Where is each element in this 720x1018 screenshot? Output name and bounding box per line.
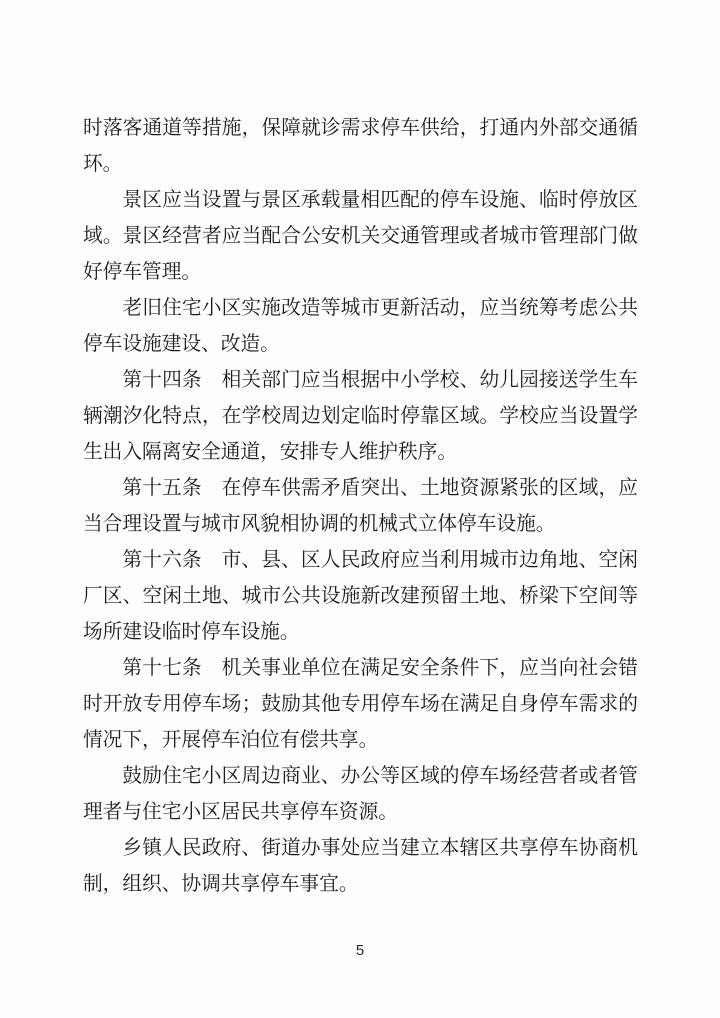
text-line: 第十七条 机关事业单位在满足安全条件下，应当向社会错 bbox=[83, 650, 638, 686]
text-line: 乡镇人民政府、街道办事处应当建立本辖区共享停车协商机 bbox=[83, 830, 638, 866]
text-line: 景区应当设置与景区承载量相匹配的停车设施、临时停放区 bbox=[83, 182, 638, 218]
paragraph: 乡镇人民政府、街道办事处应当建立本辖区共享停车协商机制，组织、协调共享停车事宜。 bbox=[83, 830, 638, 902]
paragraph: 第十六条 市、县、区人民政府应当利用城市边角地、空闲厂区、空闲土地、城市公共设施… bbox=[83, 542, 638, 650]
text-line: 场所建设临时停车设施。 bbox=[83, 614, 638, 650]
page-number: 5 bbox=[0, 942, 720, 960]
document-text-block: 时落客通道等措施，保障就诊需求停车供给，打通内外部交通循环。景区应当设置与景区承… bbox=[83, 110, 638, 902]
text-line: 老旧住宅小区实施改造等城市更新活动，应当统筹考虑公共 bbox=[83, 290, 638, 326]
paragraph: 鼓励住宅小区周边商业、办公等区域的停车场经营者或者管理者与住宅小区居民共享停车资… bbox=[83, 758, 638, 830]
scanned-document-page: 时落客通道等措施，保障就诊需求停车供给，打通内外部交通循环。景区应当设置与景区承… bbox=[0, 0, 720, 1018]
text-line: 理者与住宅小区居民共享停车资源。 bbox=[83, 794, 638, 830]
text-line: 停车设施建设、改造。 bbox=[83, 326, 638, 362]
text-line: 厂区、空闲土地、城市公共设施新改建预留土地、桥梁下空间等 bbox=[83, 578, 638, 614]
text-line: 好停车管理。 bbox=[83, 254, 638, 290]
text-line: 域。景区经营者应当配合公安机关交通管理或者城市管理部门做 bbox=[83, 218, 638, 254]
text-line: 生出入隔离安全通道，安排专人维护秩序。 bbox=[83, 434, 638, 470]
text-line: 第十六条 市、县、区人民政府应当利用城市边角地、空闲 bbox=[83, 542, 638, 578]
paragraph: 第十七条 机关事业单位在满足安全条件下，应当向社会错时开放专用停车场；鼓励其他专… bbox=[83, 650, 638, 758]
text-line: 环。 bbox=[83, 146, 638, 182]
text-line: 鼓励住宅小区周边商业、办公等区域的停车场经营者或者管 bbox=[83, 758, 638, 794]
text-line: 辆潮汐化特点，在学校周边划定临时停靠区域。学校应当设置学 bbox=[83, 398, 638, 434]
text-line: 时落客通道等措施，保障就诊需求停车供给，打通内外部交通循 bbox=[83, 110, 638, 146]
text-line: 第十五条 在停车供需矛盾突出、土地资源紧张的区域，应 bbox=[83, 470, 638, 506]
text-line: 当合理设置与城市风貌相协调的机械式立体停车设施。 bbox=[83, 506, 638, 542]
paragraph: 老旧住宅小区实施改造等城市更新活动，应当统筹考虑公共停车设施建设、改造。 bbox=[83, 290, 638, 362]
text-line: 制，组织、协调共享停车事宜。 bbox=[83, 866, 638, 902]
text-line: 第十四条 相关部门应当根据中小学校、幼儿园接送学生车 bbox=[83, 362, 638, 398]
text-line: 情况下，开展停车泊位有偿共享。 bbox=[83, 722, 638, 758]
text-line: 时开放专用停车场；鼓励其他专用停车场在满足自身停车需求的 bbox=[83, 686, 638, 722]
paragraph: 第十四条 相关部门应当根据中小学校、幼儿园接送学生车辆潮汐化特点，在学校周边划定… bbox=[83, 362, 638, 470]
paragraph: 时落客通道等措施，保障就诊需求停车供给，打通内外部交通循环。 bbox=[83, 110, 638, 182]
paragraph: 景区应当设置与景区承载量相匹配的停车设施、临时停放区域。景区经营者应当配合公安机… bbox=[83, 182, 638, 290]
paragraph: 第十五条 在停车供需矛盾突出、土地资源紧张的区域，应当合理设置与城市风貌相协调的… bbox=[83, 470, 638, 542]
